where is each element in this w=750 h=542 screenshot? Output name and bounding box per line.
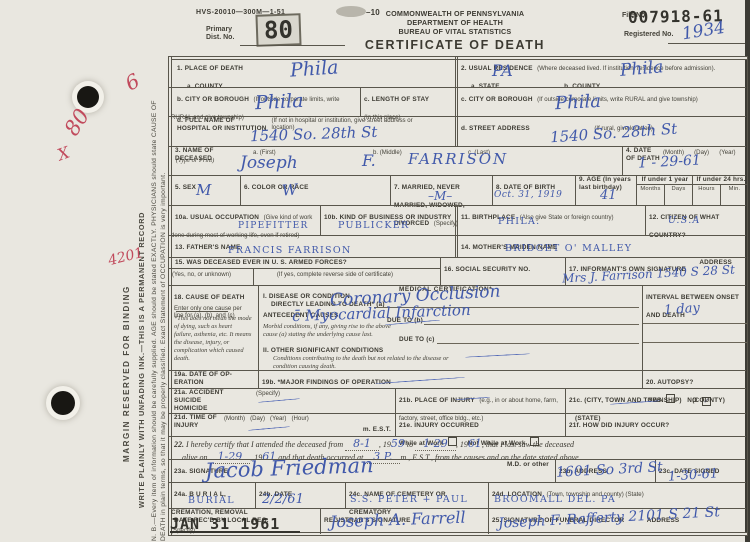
- name-first-value: Joseph: [240, 155, 298, 172]
- residence-city-value: Phila: [555, 93, 602, 113]
- md-or-other-label: M.D. or other: [507, 461, 549, 469]
- margin-binding-text: MARGIN RESERVED FOR BINDING: [122, 285, 131, 462]
- field-9-min-label: Min.: [721, 186, 748, 193]
- field-5-label: 5. SEX: [175, 184, 196, 191]
- field-21d-cols: (Month) (Day) (Year) (Hour): [224, 415, 309, 422]
- primary-dist-stamp: 80: [255, 13, 301, 47]
- primary-dist-label: PrimaryDist. No.: [206, 26, 234, 43]
- field-9-under24-label: If under 24 hrs.: [695, 176, 747, 184]
- field-6: 6. COLOR OR RACE: [240, 175, 390, 205]
- field-15-paren1: (Yes, no, or unknown): [172, 271, 250, 278]
- date-of-birth-value: Oct. 31, 1919: [494, 191, 562, 200]
- field-20-label: 20. AUTOPSY?: [646, 379, 694, 386]
- field-16-label: 16. SOCIAL SECURITY NO.: [444, 266, 530, 273]
- field-18-part2-note: Conditions contributing to the death but…: [273, 355, 453, 371]
- field-19b-label: 19b. *MAJOR FINDINGS OF OPERATION: [262, 379, 391, 386]
- attended-to-year-value: 61: [468, 437, 482, 450]
- punch-hole-top: [77, 86, 99, 108]
- residence-county-value: Phila: [619, 59, 664, 80]
- field-1-label: 1. PLACE OF DEATH: [177, 65, 243, 72]
- place-city-value: Phila: [255, 92, 304, 114]
- field-15-label: 15. WAS DECEASED EVER IN U. S. ARMED FOR…: [175, 259, 347, 267]
- field-15: 15. WAS DECEASED EVER IN U. S. ARMED FOR…: [168, 257, 440, 285]
- field-1c: c. LENGTH OF STAY (In this place): [360, 87, 455, 116]
- field-21b: 21b. PLACE OF INJURY (e.g., in or about …: [395, 388, 565, 413]
- field-11: 11. BIRTHPLACE (Also give State or forei…: [455, 205, 645, 235]
- field-21e: 21e. INJURY OCCURRED While at Work Not W…: [395, 413, 565, 436]
- burial-value: BURIAL: [188, 496, 235, 506]
- field-18-part2-label: II. OTHER SIGNIFICANT CONDITIONS: [263, 347, 383, 355]
- field-21d-label: 21d. TIME OF INJURY: [174, 414, 222, 430]
- residence-state-value: PA: [492, 63, 513, 79]
- field-3-paren: (Type or Print): [176, 157, 214, 165]
- red-mark-6: 6: [122, 70, 143, 94]
- field-9-hours-label: Hours: [693, 186, 720, 193]
- field-21f: 21f. HOW DID INJURY OCCUR?: [565, 413, 746, 436]
- field-3b-label: b. (Middle): [373, 149, 402, 156]
- date-received-underline: [170, 531, 300, 533]
- registrar-signature-value: Joseph A. Farrell: [330, 510, 466, 531]
- org-line-1: COMMONWEALTH OF PENNSYLVANIA: [330, 9, 580, 18]
- sex-value: M: [196, 183, 211, 198]
- physician-signature-value: Jacob Friedman: [205, 455, 374, 482]
- field-1c-label: c. LENGTH OF STAY: [364, 96, 429, 103]
- citizen-value: U.S.A: [668, 216, 701, 226]
- place-county-value: Phila: [289, 58, 339, 80]
- field-21a-label: 21a. ACCIDENT SUICIDE HOMICIDE: [174, 389, 234, 413]
- morbid-conditions-note: Morbid conditions, if any, giving rise t…: [263, 323, 393, 339]
- place-institution-value: 1540 So. 28th St: [250, 125, 378, 144]
- margin-nb-text-1: N. B.—Every item of information should b…: [151, 100, 158, 541]
- cemetery-location-value: BROOMALL DEL. PA: [494, 495, 616, 505]
- field-18-left: 18. CAUSE OF DEATH Enter only one cause …: [168, 285, 258, 370]
- field-6-label: 6. COLOR OR RACE: [244, 184, 309, 191]
- field-19a: 19a. DATE OF OP-ERATION: [168, 370, 258, 388]
- marital-status-value: –M–: [428, 190, 452, 202]
- field-3: 3. NAME OF DECEASED a. (First) b. (Middl…: [168, 146, 622, 175]
- death-certificate-scan: MARGIN RESERVED FOR BINDING WRITE PLAINL…: [0, 0, 750, 542]
- field-2c-label: c. CITY OR BOROUGH: [461, 96, 533, 103]
- name-middle-value: F.: [362, 153, 376, 169]
- org-line-2: DEPARTMENT OF HEALTH: [330, 18, 580, 27]
- field-2d-label: d. STREET ADDRESS: [461, 125, 530, 132]
- field-1b-label: b. CITY OR BOROUGH: [177, 96, 249, 103]
- field-10a-label: 10a. USUAL OCCUPATION: [175, 214, 259, 221]
- occupation-value: PIPEFITTER: [238, 222, 309, 231]
- field-22-number: 22.: [174, 440, 184, 449]
- margin-nb-text-2: DEATH in plain terms, so that it may be …: [160, 172, 167, 541]
- field-18-note2: *This does not mean the mode of dying, s…: [174, 315, 252, 363]
- punch-hole-bottom: [51, 391, 75, 415]
- field-16: 16. SOCIAL SECURITY NO.: [440, 257, 565, 285]
- industry-value: PUBLICKER: [338, 221, 409, 231]
- field-21e-label: 21e. INJURY OCCURRED: [399, 422, 479, 429]
- field-21c-county-label: (COUNTY): [692, 397, 725, 404]
- name-last-value: FARRISON: [408, 152, 508, 167]
- field-18-label: 18. CAUSE OF DEATH: [174, 294, 245, 301]
- father-name-value: FRANCIS FARRISON: [228, 246, 352, 256]
- field-18-interval: INTERVAL BETWEEN ONSET AND DEATH: [642, 285, 746, 370]
- mother-name-value: BRIDGET O' MALLEY: [505, 244, 632, 254]
- birthplace-value: PHILA.: [498, 217, 540, 227]
- field-21a-paren: (Specify): [256, 390, 280, 397]
- registered-no-value: 1934: [681, 20, 726, 44]
- attended-from-year-value: 59: [391, 437, 405, 450]
- field-21d-est-label: m. E.S.T.: [363, 426, 391, 434]
- field-19a-label: 19a. DATE OF OP-ERATION: [174, 371, 244, 387]
- header-org-block: COMMONWEALTH OF PENNSYLVANIA DEPARTMENT …: [330, 9, 580, 54]
- date-of-death-value: 1 - 29-61: [638, 153, 702, 170]
- field-9-months-label: Months: [637, 186, 664, 193]
- field-9-under1yr-label: If under 1 year: [639, 176, 691, 184]
- field-9-days-label: Days: [665, 186, 692, 193]
- document-title: CERTIFICATE OF DEATH: [330, 38, 580, 54]
- field-20: 20. AUTOPSY? YES NO ✓: [642, 370, 746, 388]
- due-to-c-label: DUE TO (c): [399, 336, 435, 344]
- interval-value: 1 day: [664, 302, 701, 317]
- red-mark-x: X: [56, 145, 72, 164]
- age-value: 41: [600, 189, 617, 202]
- color-race-value: W: [281, 182, 298, 198]
- field-15-paren2: (If yes, complete reverse side of certif…: [260, 271, 410, 278]
- attended-from-value: 8-1: [345, 437, 379, 451]
- burial-date-value: 2/2/61: [262, 493, 304, 506]
- date-signed-value: 1-30-61: [668, 467, 719, 483]
- org-line-3: BUREAU OF VITAL STATISTICS: [330, 27, 580, 36]
- registered-no-label: Registered No.: [624, 31, 673, 39]
- attended-to-value: 1-29: [415, 437, 456, 451]
- registered-no-rule: [668, 43, 745, 44]
- field-21d: 21d. TIME OF INJURY (Month) (Day) (Year)…: [168, 413, 395, 436]
- red-mark-80: 80: [61, 106, 93, 140]
- field-21f-label: 21f. HOW DID INJURY OCCUR?: [569, 422, 669, 429]
- field-19b: 19b. *MAJOR FINDINGS OF OPERATION: [258, 370, 642, 388]
- cemetery-value: S.S. PETER + PAUL: [350, 495, 468, 505]
